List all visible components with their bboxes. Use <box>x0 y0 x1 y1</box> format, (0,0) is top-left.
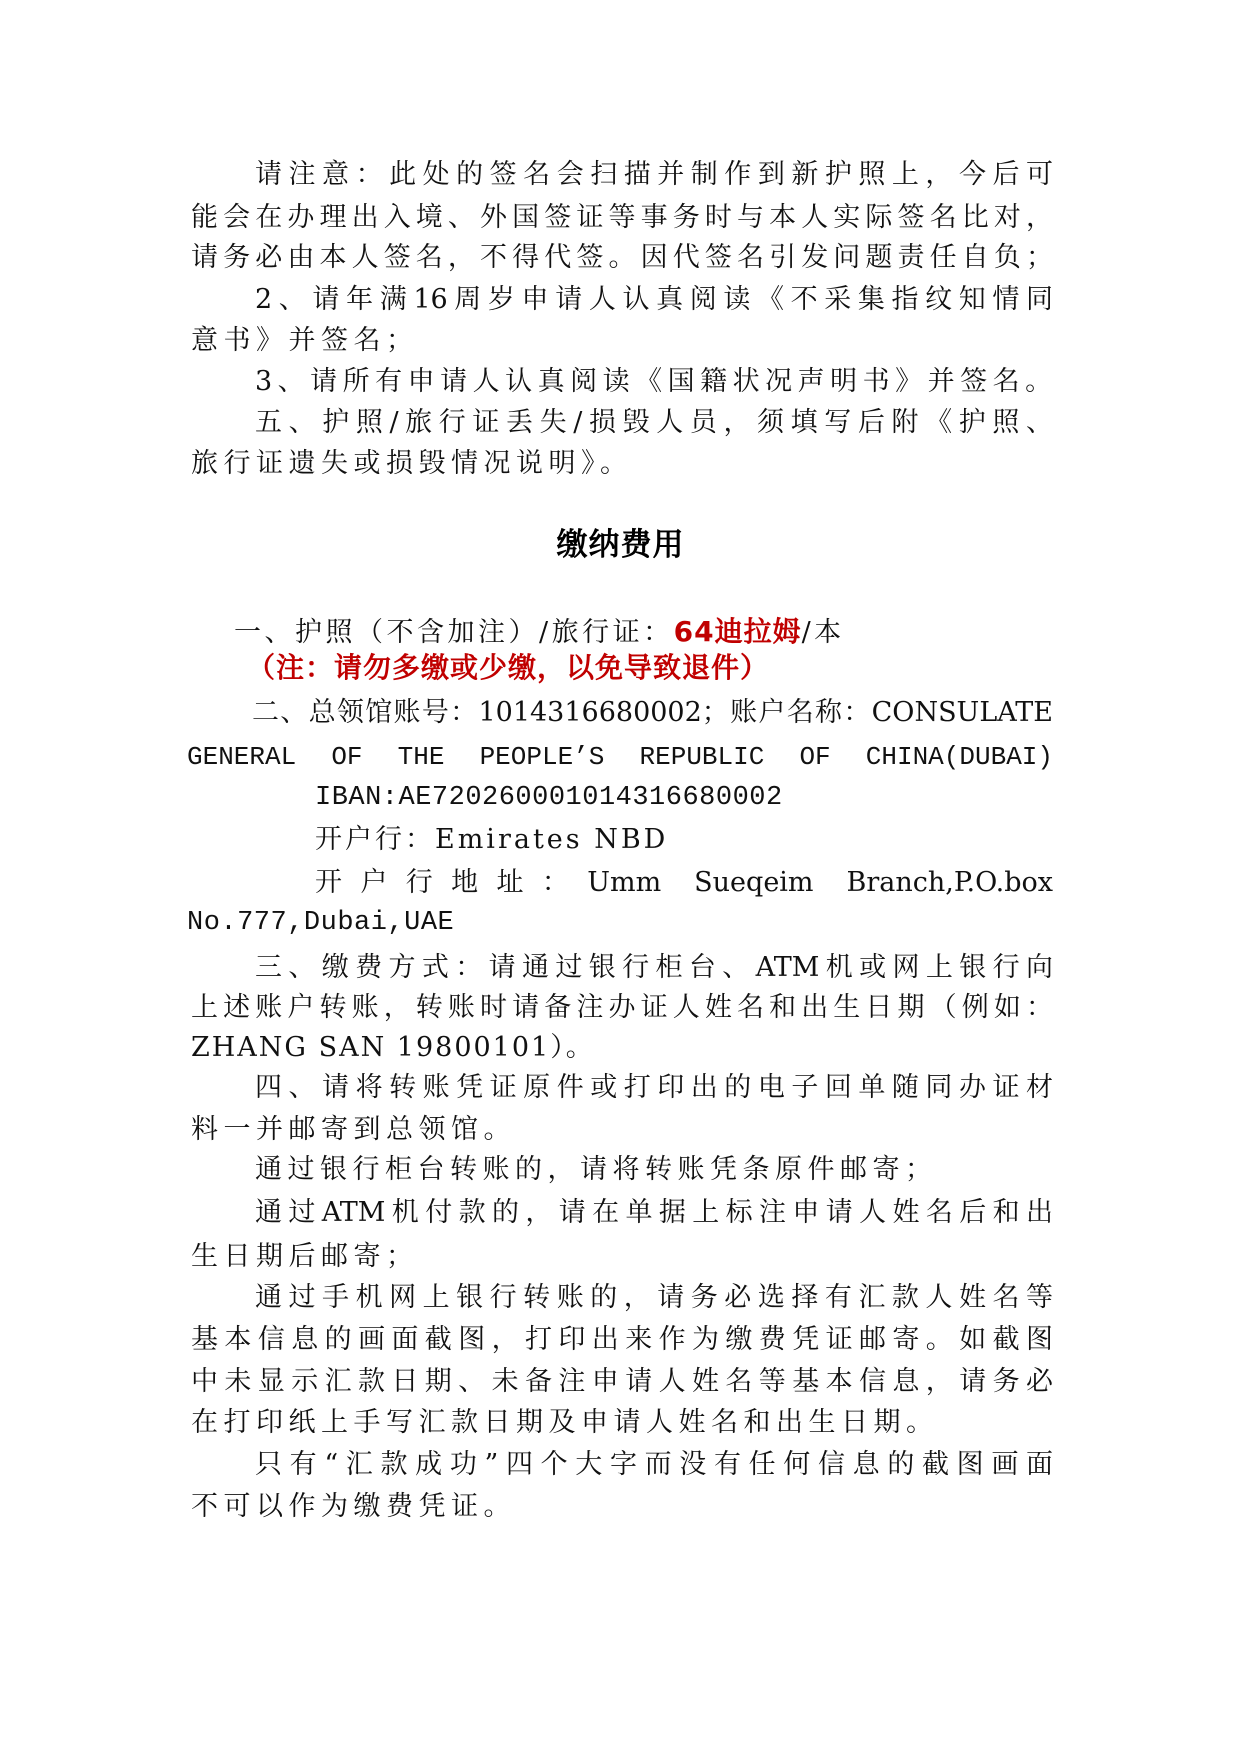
fee-passport-label: 一、护照（不含加注）/旅行证： <box>234 617 674 648</box>
success-screenshot-note-line-2: 不可以作为缴费凭证。 <box>191 1489 516 1525</box>
signature-note-line-3: 请务必由本人签名，不得代签。因代签名引发问题责任自负； <box>191 240 1053 276</box>
fees-heading: 缴纳费用 <box>0 527 1241 563</box>
bank-name-line: 开户行：Emirates NBD <box>315 822 668 858</box>
mail-receipt-line-2: 料一并邮寄到总领馆。 <box>191 1112 516 1148</box>
success-screenshot-note-line-1: 只有“汇款成功”四个大字而没有任何信息的截图画面 <box>255 1447 1053 1483</box>
atm-note-line-1: 通过ATM机付款的，请在单据上标注申请人姓名后和出 <box>255 1195 1053 1231</box>
account-name-line: GENERAL OF THE PEOPLE’S REPUBLIC OF CHIN… <box>187 739 1053 775</box>
online-banking-note-line-1: 通过手机网上银行转账的，请务必选择有汇款人姓名等 <box>255 1280 1053 1316</box>
fee-warning-note: （注：请勿多缴或少缴，以免导致退件） <box>247 650 769 686</box>
online-banking-note-line-3: 中未显示汇款日期、未备注申请人姓名等基本信息，请务必 <box>191 1364 1053 1400</box>
signature-note-line-2: 能会在办理出入境、外国签证等事务时与本人实际签名比对， <box>191 200 1053 236</box>
counter-transfer-note: 通过银行柜台转账的，请将转账凭条原件邮寄； <box>255 1152 938 1188</box>
mail-receipt-line-1: 四、请将转账凭证原件或打印出的电子回单随同办证材 <box>255 1070 1053 1106</box>
fee-amount: 64迪拉姆 <box>674 615 802 648</box>
bank-address-line-2: No.777,Dubai,UAE <box>187 905 454 941</box>
bank-address-line-1: 开户行地址：Umm Sueqeim Branch,P.O.box <box>315 865 1053 901</box>
payment-method-example: ZHANG SAN 19800101）。 <box>191 1030 595 1066</box>
fee-unit: /本 <box>802 617 845 648</box>
fingerprint-consent-line-2: 意书》并签名； <box>191 323 419 359</box>
lost-passport-note-line-2: 旅行证遗失或损毁情况说明》。 <box>191 446 633 482</box>
online-banking-note-line-4: 在打印纸上手写汇款日期及申请人姓名和出生日期。 <box>191 1405 939 1441</box>
lost-passport-note-line-1: 五、护照/旅行证丢失/损毁人员，须填写后附《护照、 <box>255 405 1053 441</box>
payment-method-line-1: 三、缴费方式：请通过银行柜台、ATM机或网上银行向 <box>255 950 1053 986</box>
fee-passport-line: 一、护照（不含加注）/旅行证：64迪拉姆/本 <box>234 614 845 650</box>
signature-note-line-1: 请注意：此处的签名会扫描并制作到新护照上，今后可 <box>255 157 1053 193</box>
online-banking-note-line-2: 基本信息的画面截图，打印出来作为缴费凭证邮寄。如截图 <box>191 1322 1053 1358</box>
payment-method-line-2: 上述账户转账，转账时请备注办证人姓名和出生日期（例如： <box>191 990 1053 1026</box>
atm-note-line-2: 生日期后邮寄； <box>191 1239 419 1275</box>
fingerprint-consent-line-1: 2、请年满16周岁申请人认真阅读《不采集指纹知情同 <box>255 282 1053 318</box>
iban-line: IBAN:AE720260001014316680002 <box>315 780 783 816</box>
document-page: 请注意：此处的签名会扫描并制作到新护照上，今后可 能会在办理出入境、外国签证等事… <box>0 0 1241 1754</box>
account-number-line: 二、总领馆账号：1014316680002；账户名称：CONSULATE <box>252 695 1053 731</box>
nationality-statement-note: 3、请所有申请人认真阅读《国籍状况声明书》并签名。 <box>255 364 1058 400</box>
